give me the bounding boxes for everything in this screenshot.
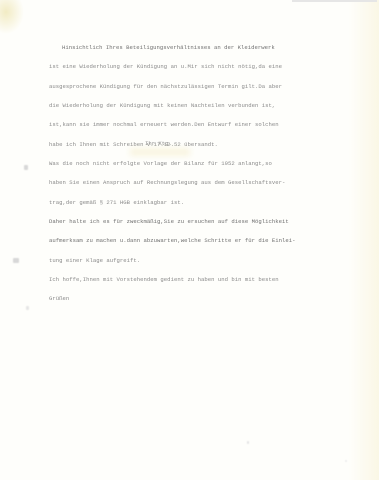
body-line: die Wiederholung der Kündigung mit keine… <box>49 103 379 109</box>
smudge-mark <box>345 460 347 462</box>
body-line: Ich hoffe,Ihnen mit Vorstehendem gedient… <box>49 277 379 283</box>
body-line: haben Sie einen Anspruch auf Rechnungsle… <box>49 180 379 186</box>
letter-body: Hinsichtlich Ihres Beteiligungsverhältni… <box>49 32 379 316</box>
body-line: aufmerksam zu machen u.dann abzuwarten,w… <box>49 238 379 244</box>
body-line: Grüßen <box>49 296 379 302</box>
body-line: ausgesprochene Kündigung für den nächstz… <box>49 84 379 90</box>
smudge-mark <box>247 441 249 444</box>
body-line: ist eine Wiederholung der Kündigung an u… <box>49 64 379 70</box>
body-line: tung einer Klage aufgreift. <box>49 258 379 264</box>
smudge-mark <box>13 258 19 263</box>
letter-closing: Ihr Ktg. <box>145 140 172 147</box>
body-line: Hinsichtlich Ihres Beteiligungsverhältni… <box>49 45 379 51</box>
smudge-mark <box>26 306 29 310</box>
body-line: trag,der gemäß § 271 HGB einklagbar ist. <box>49 200 379 206</box>
paper-stain <box>130 148 190 156</box>
body-line: Was die noch nicht erfolgte Vorlage der … <box>49 161 379 167</box>
smudge-mark <box>24 165 28 170</box>
top-edge-line <box>292 0 377 2</box>
body-line: ist,kann sie immer nochmal erneuert werd… <box>49 122 379 128</box>
body-line: habe ich Ihnen mit Schreiben v.17.12.52 … <box>49 142 379 148</box>
scanned-page: Hinsichtlich Ihres Beteiligungsverhältni… <box>0 0 379 480</box>
body-line: Daher halte ich es für zweckmäßig,Sie zu… <box>49 219 379 225</box>
